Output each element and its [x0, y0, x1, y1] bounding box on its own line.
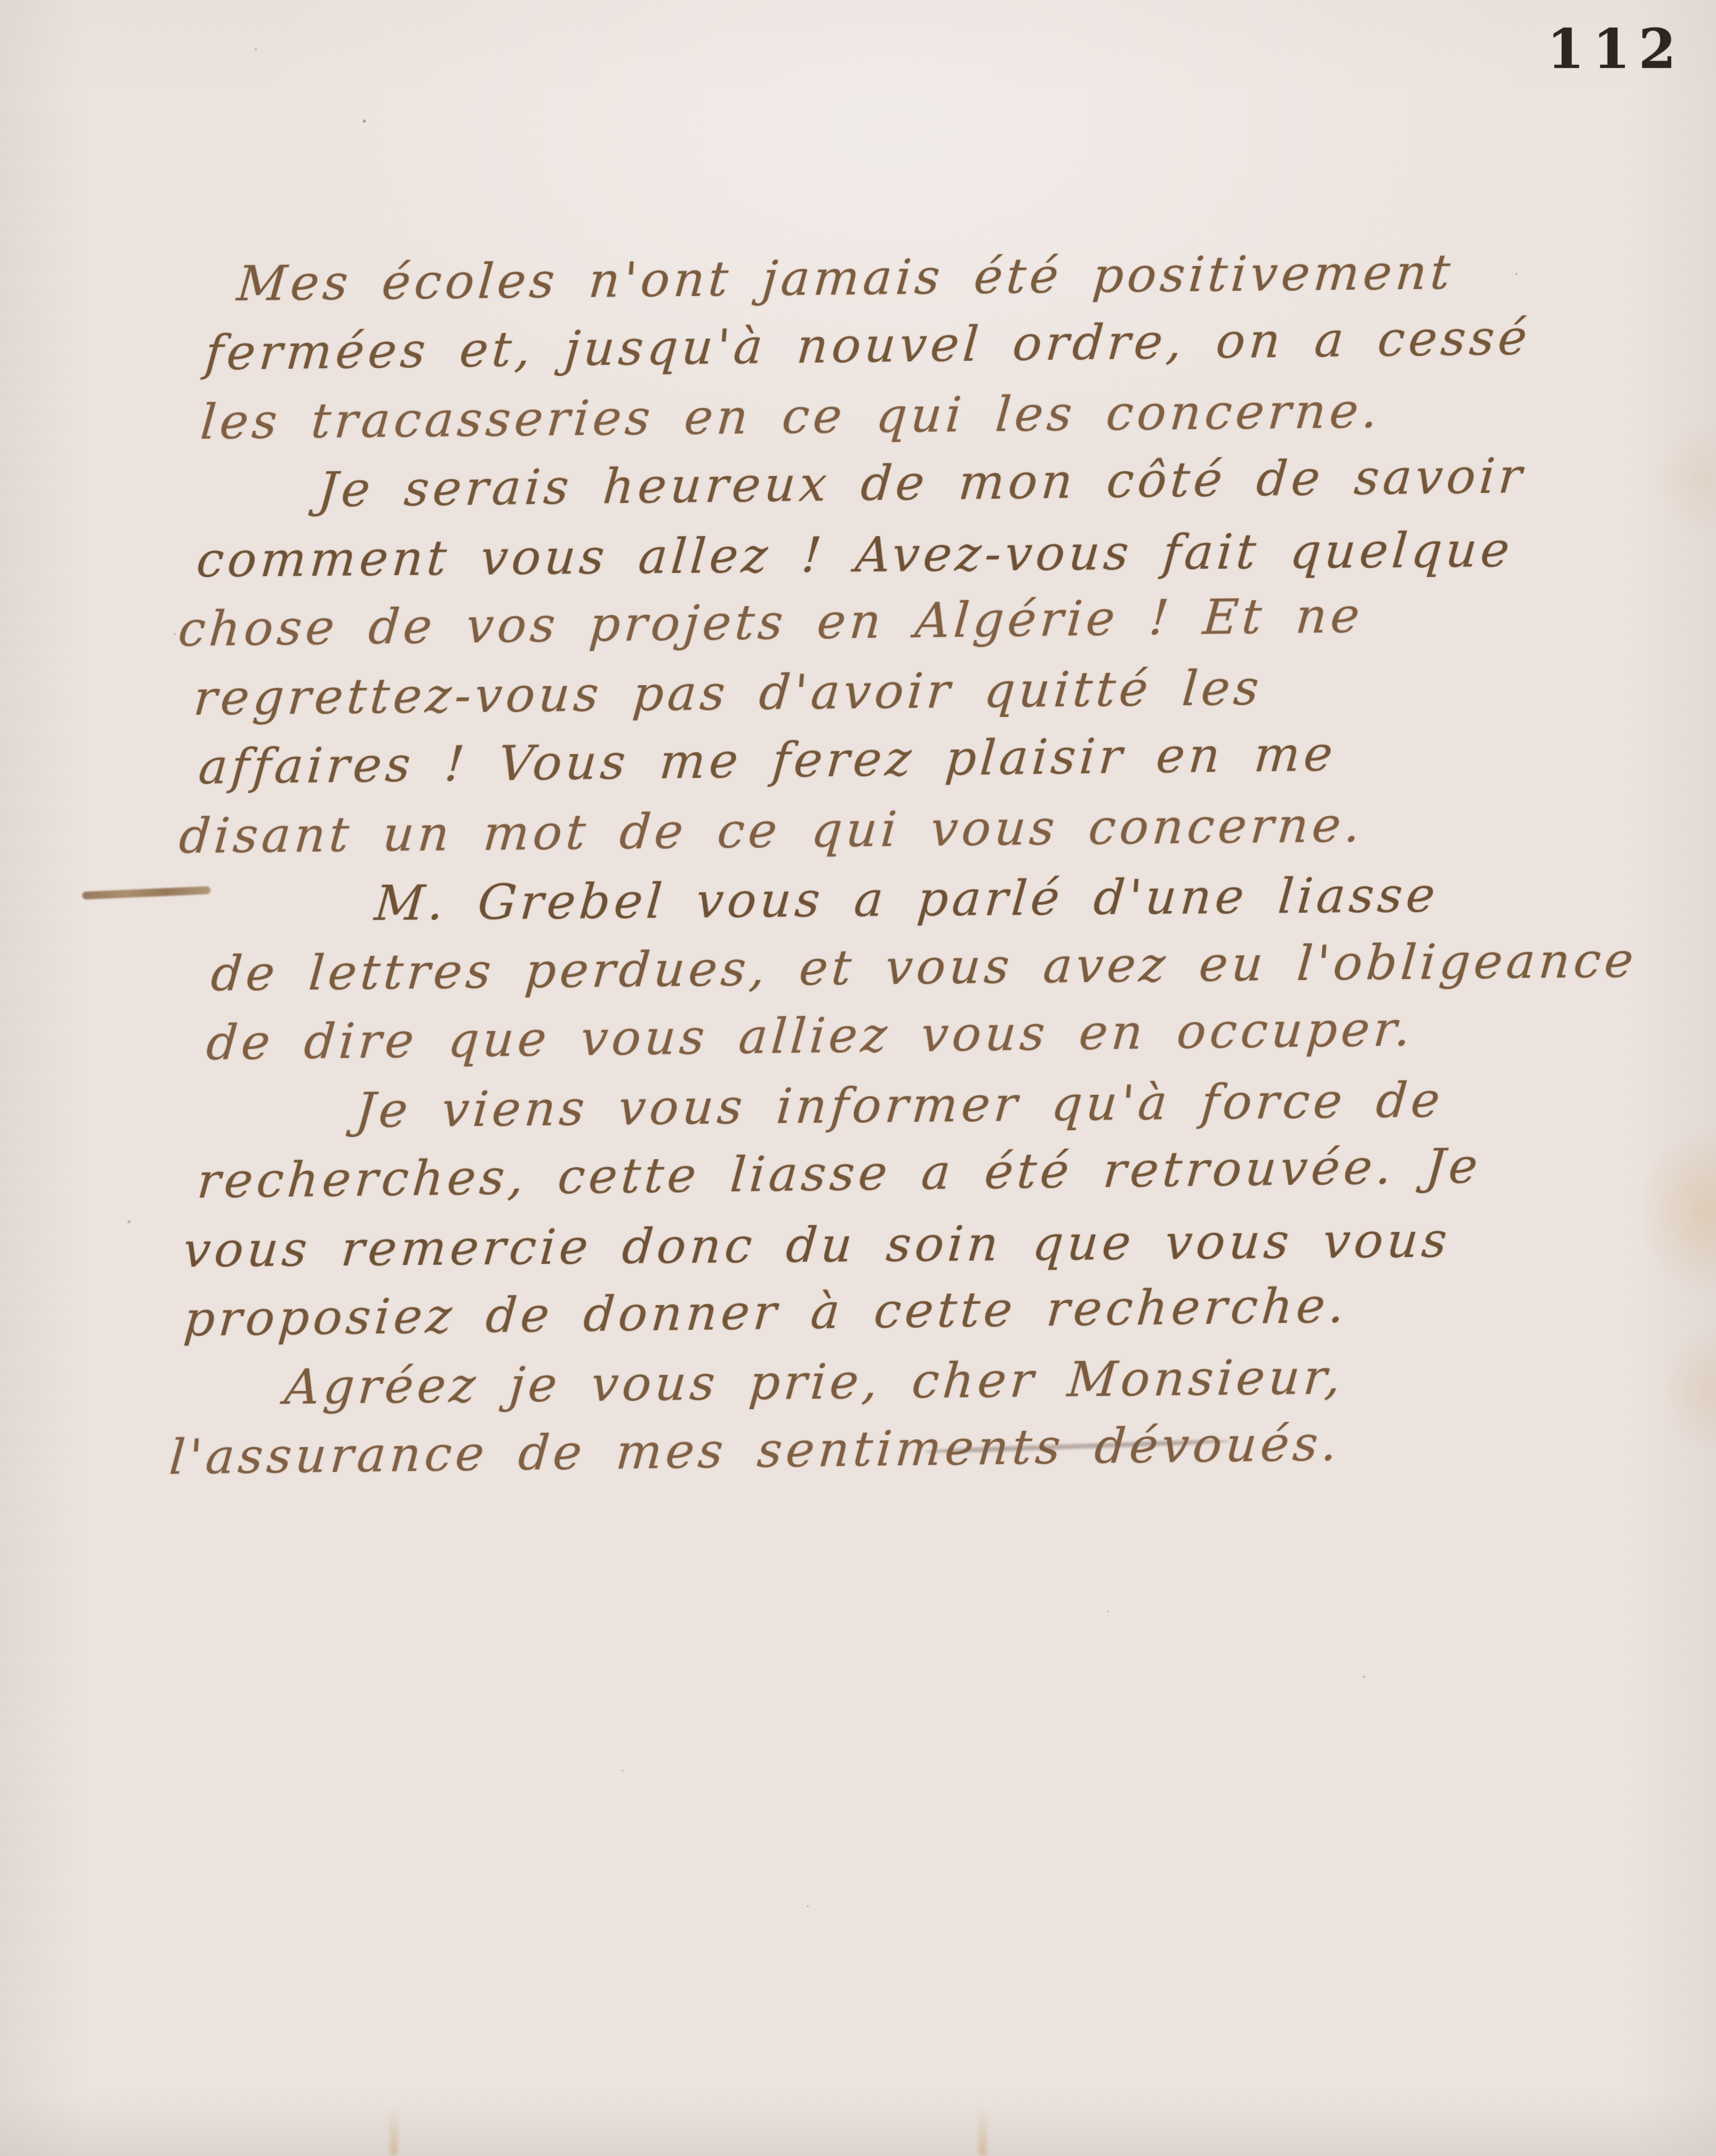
- page-number: 112: [1547, 18, 1684, 81]
- manuscript-page: 112 Mes écoles n'ont jamais été positive…: [0, 0, 1716, 2156]
- paper-streak: [978, 2109, 987, 2156]
- handwritten-line: M. Grebel vous a parlé d'une liasse: [372, 858, 1716, 938]
- letter-body: Mes écoles n'ont jamais été positivement…: [0, 234, 1716, 1494]
- paper-streak: [390, 2109, 398, 2156]
- paper-specks: [0, 0, 2, 2]
